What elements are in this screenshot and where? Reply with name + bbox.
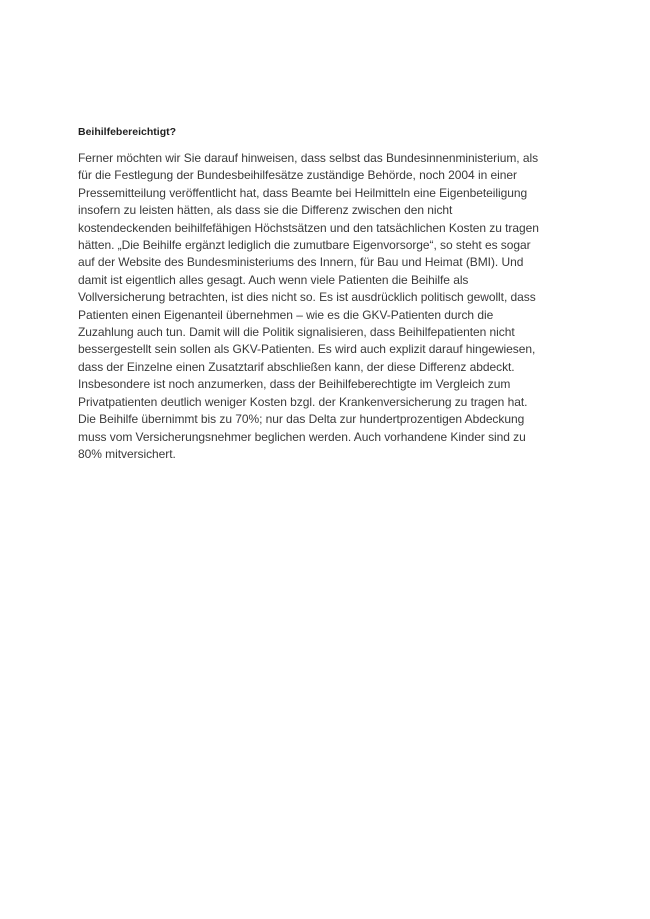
paragraph-line: kostendeckenden beihilfefähigen Höchstsä… bbox=[78, 220, 578, 237]
paragraph-line: muss vom Versicherungsnehmer beglichen w… bbox=[78, 429, 578, 446]
paragraph-line: für die Festlegung der Bundesbeihilfesät… bbox=[78, 167, 578, 184]
section-heading: Beihilfebereichtigt? bbox=[78, 124, 578, 140]
body-paragraph: Ferner möchten wir Sie darauf hinweisen,… bbox=[78, 150, 578, 463]
paragraph-line: hätten. „Die Beihilfe ergänzt lediglich … bbox=[78, 237, 578, 254]
paragraph-line: insofern zu leisten hätten, als dass sie… bbox=[78, 202, 578, 219]
paragraph-line: Ferner möchten wir Sie darauf hinweisen,… bbox=[78, 150, 578, 167]
paragraph-line: 80% mitversichert. bbox=[78, 446, 578, 463]
paragraph-line: Patienten einen Eigenanteil übernehmen –… bbox=[78, 307, 578, 324]
paragraph-line: Pressemitteilung veröffentlicht hat, das… bbox=[78, 185, 578, 202]
paragraph-line: Insbesondere ist noch anzumerken, dass d… bbox=[78, 376, 578, 393]
paragraph-line: auf der Website des Bundesministeriums d… bbox=[78, 254, 578, 271]
paragraph-line: Vollversicherung betrachten, ist dies ni… bbox=[78, 289, 578, 306]
paragraph-line: Zuzahlung auch tun. Damit will die Polit… bbox=[78, 324, 578, 341]
document-page: Beihilfebereichtigt? Ferner möchten wir … bbox=[78, 124, 578, 463]
paragraph-line: Privatpatienten deutlich weniger Kosten … bbox=[78, 394, 578, 411]
paragraph-line: Die Beihilfe übernimmt bis zu 70%; nur d… bbox=[78, 411, 578, 428]
paragraph-line: damit ist eigentlich alles gesagt. Auch … bbox=[78, 272, 578, 289]
paragraph-line: bessergestellt sein sollen als GKV-Patie… bbox=[78, 341, 578, 358]
paragraph-line: dass der Einzelne einen Zusatztarif absc… bbox=[78, 359, 578, 376]
